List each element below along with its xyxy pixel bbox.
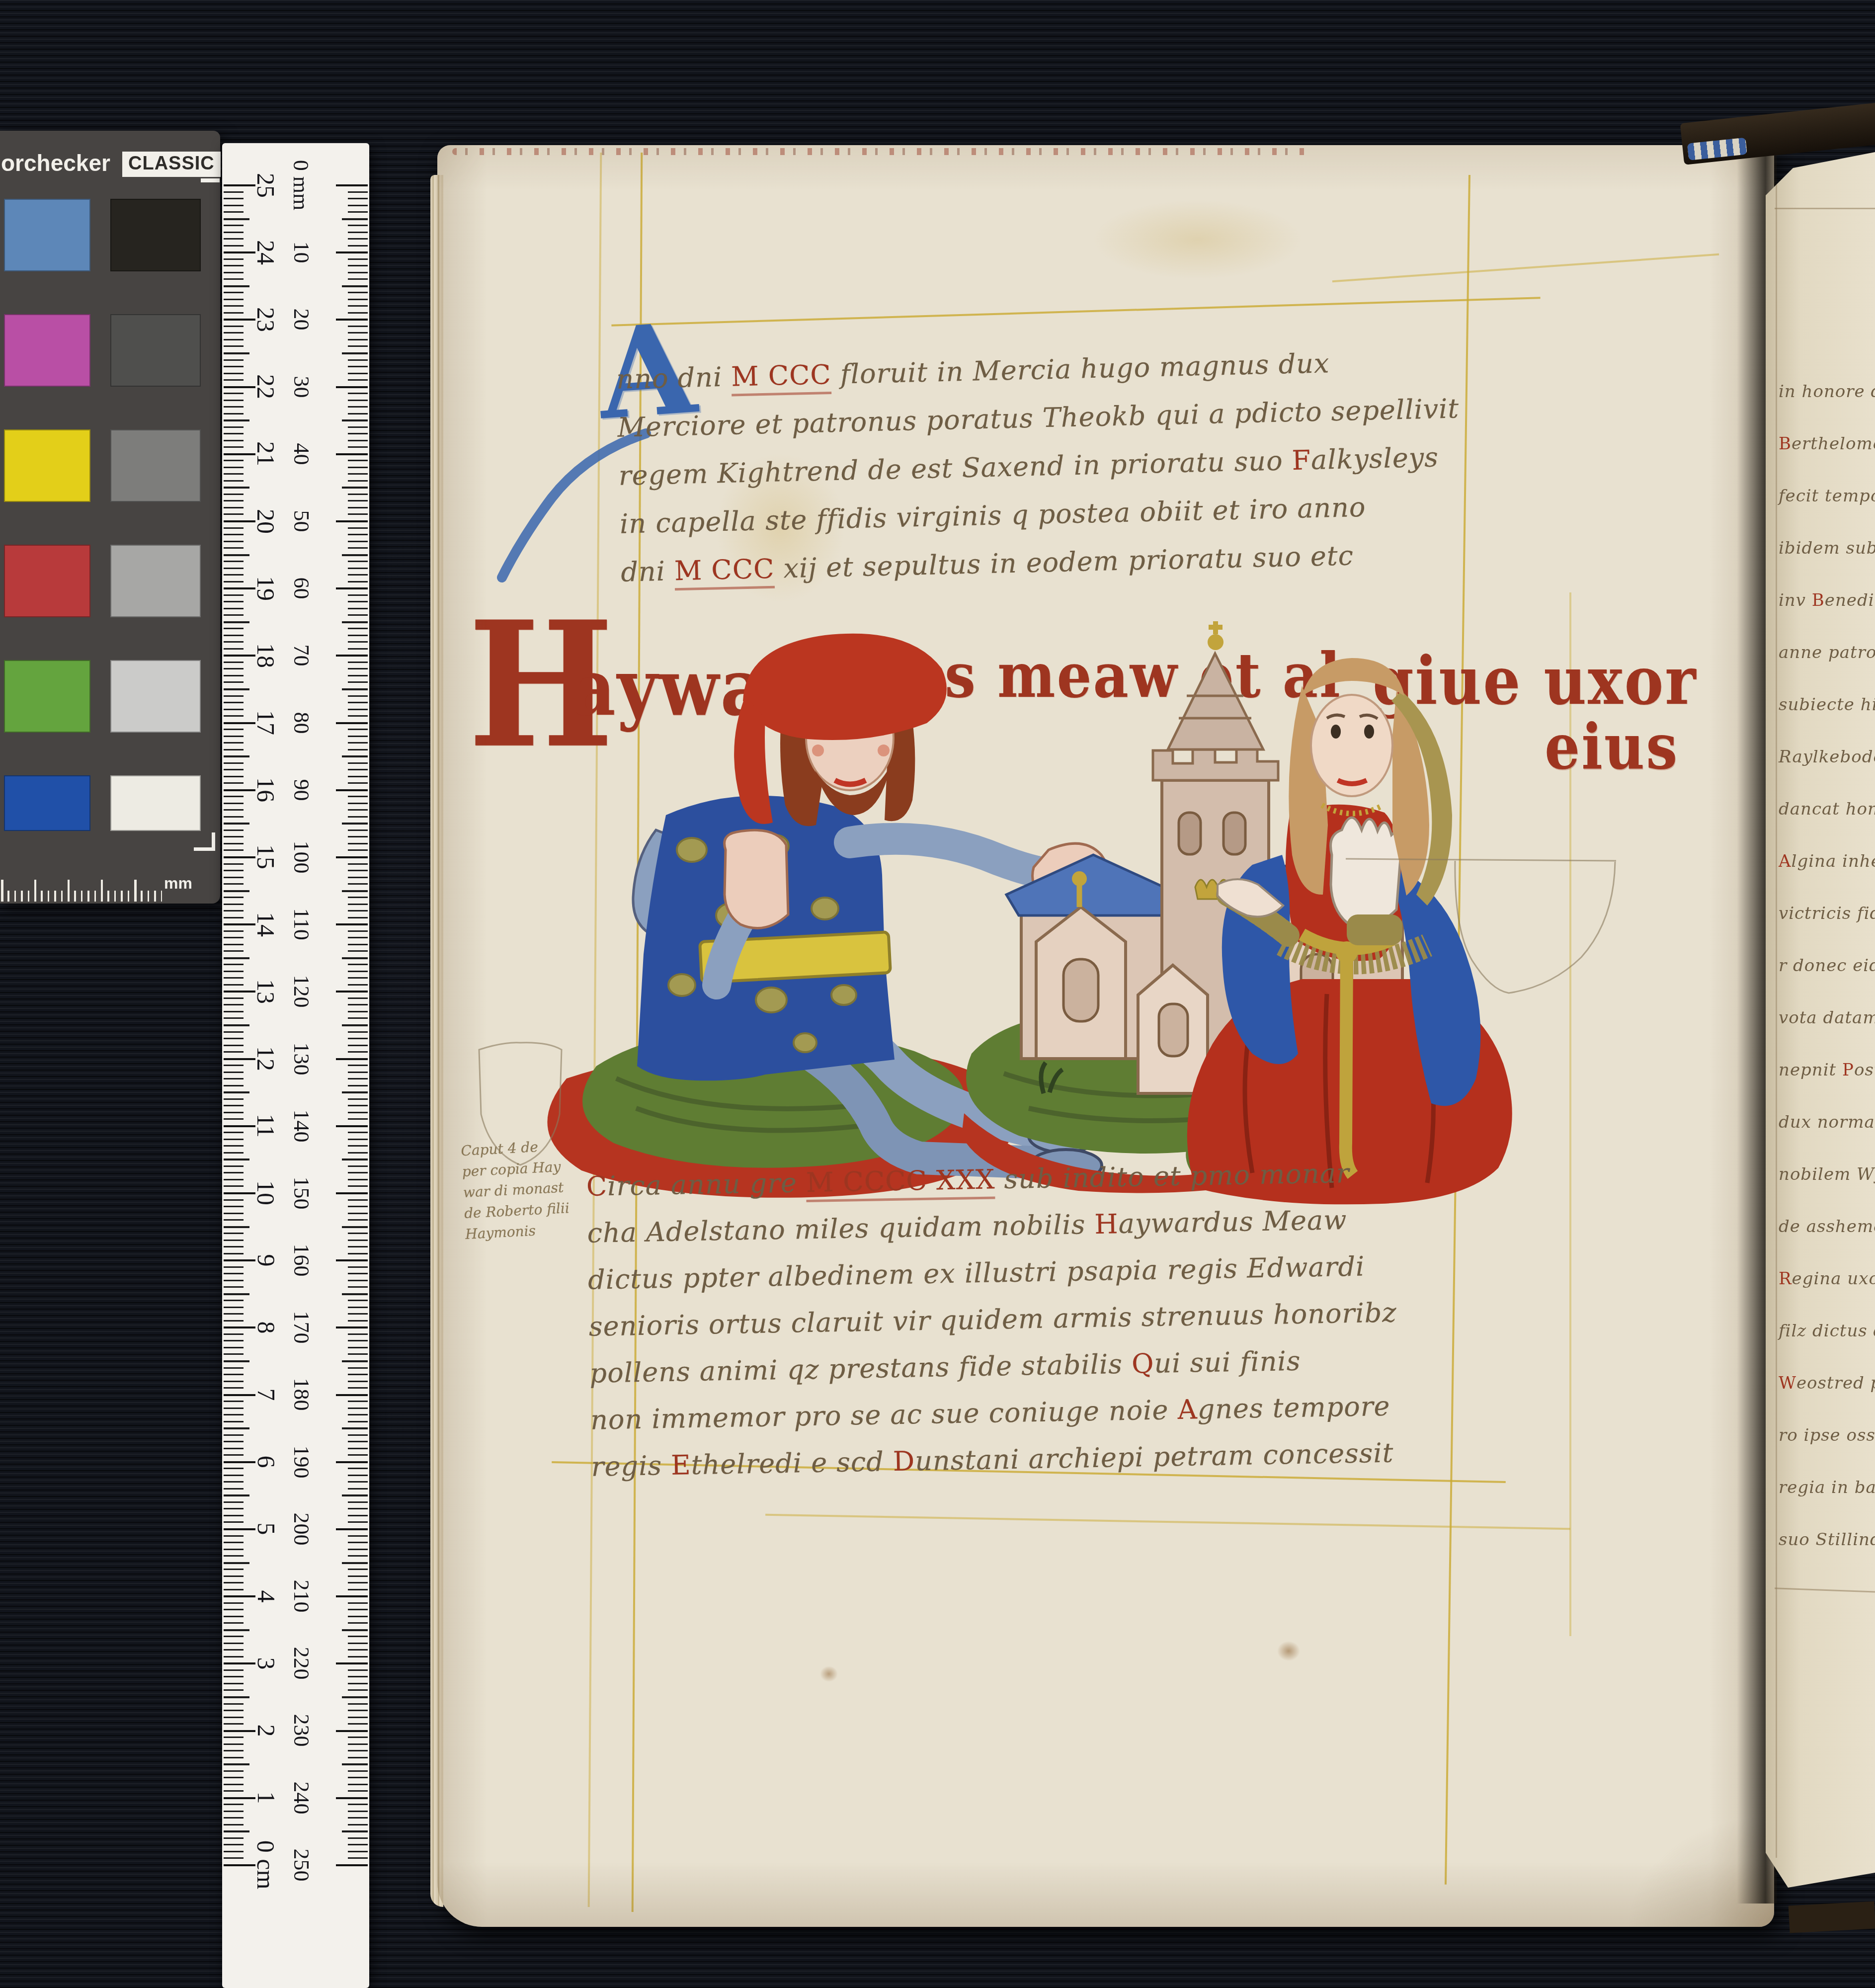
ruler-mm-label: 10 [285,219,318,286]
ruler-row: 22 30 [222,353,369,420]
colorchecker-badge: CLASSIC [122,152,221,177]
latin-text-line: dancat honorific [1779,799,1875,851]
ruler-mm-label: 30 [285,353,318,420]
parchment-stain [820,1666,838,1682]
ruler-cm-label: 2 [251,1697,281,1764]
ruler-row: 9 160 [222,1227,369,1294]
ruler-row: 18 70 [222,622,369,689]
ruled-line [611,297,1540,326]
ruler-mm-label: 240 [285,1764,318,1831]
ruler-mm-label: 90 [285,756,318,824]
ruler-row: 23 20 [222,286,369,353]
color-patch [110,775,201,831]
ruler-mm-label: 0 mm [285,152,318,219]
color-patch [4,314,90,387]
ruler-cm-label: 6 [251,1428,281,1495]
ruler-mm-label: 70 [285,622,318,689]
card-mini-scale [1,879,162,902]
photo-ruler: 25 0 mm 24 10 23 20 22 30 21 40 20 50 [222,143,369,1988]
ruler-row: 21 40 [222,420,369,488]
latin-text-line: subiecte hic acta [1779,695,1875,747]
ruler-cm-label: 0 cm [251,1831,281,1899]
ruler-mm-label: 50 [285,488,318,555]
ruled-line [1332,253,1719,282]
ruler-mm-label: 60 [285,555,318,622]
binding-endband [1687,138,1747,161]
color-patch-row [0,314,220,387]
page-crease [1776,178,1777,1858]
color-patch [4,545,90,617]
ruler-cm-label: 7 [251,1361,281,1428]
ruler-cm-label: 25 [251,152,281,219]
ruler-row: 16 90 [222,756,369,824]
page-top-edge-speckle [452,148,1307,155]
manuscript-left-page: A nno dni M CCC floruit in Mercia hugo m… [437,145,1774,1927]
ruler-cm-label: 3 [251,1630,281,1697]
ruler-row: 6 190 [222,1428,369,1495]
color-patch-row [0,199,220,271]
parchment-stain [1093,200,1302,279]
ruler-mm-label: 230 [285,1697,318,1764]
color-patch [110,314,201,387]
color-patch [110,429,201,502]
latin-text-line: filz dictus dmd G [1779,1321,1875,1373]
ruler-cm-label: 11 [251,1092,281,1160]
parchment-stain [1277,1641,1300,1661]
ruler-mm-label: 20 [285,286,318,353]
latin-text-line: anne patronus d [1779,643,1875,695]
margin-note: Caput 4 deper copia Haywar di monastde R… [461,1136,600,1247]
ruler-row: 11 140 [222,1092,369,1160]
ruler-mm-label: 150 [285,1160,318,1227]
color-patch-row [0,775,220,831]
cover-edge [1789,1902,1875,1933]
ruler-cm-label: 15 [251,824,281,891]
ruler-row: 3 220 [222,1630,369,1697]
ruler-cm-label: 18 [251,622,281,689]
ruler-cm-label: 21 [251,420,281,488]
latin-text-line: Raylkebodo miche [1779,747,1875,799]
ruler-cm-label: 8 [251,1294,281,1361]
ruler-row: 13 120 [222,958,369,1025]
latin-text-line: Algina inheredate [1779,851,1875,904]
ruler-cm-label: 16 [251,756,281,824]
ruler-cm-label: 20 [251,488,281,555]
latin-text-line: nepnit Postea ve [1779,1060,1875,1112]
ruler-cm-label: 5 [251,1495,281,1563]
latin-text-line: fecit tempore et p [1779,486,1875,538]
ruler-row: 8 170 [222,1294,369,1361]
ruler-cm-label: 13 [251,958,281,1025]
binding-edge [1680,102,1875,165]
ruled-line [1775,1587,1875,1592]
ruler-row: 15 100 [222,824,369,891]
ruler-cm-label: 14 [251,891,281,958]
fabric-background: orchecker CLASSIC [0,0,1875,1988]
ruler-row: 5 200 [222,1495,369,1563]
ruler-row: 20 50 [222,488,369,555]
ruler-cm-label: 17 [251,689,281,756]
ruler-row: 0 cm 250 [222,1831,369,1899]
ruler-mm-label: 140 [285,1092,318,1160]
colorchecker-card: orchecker CLASSIC [0,131,220,904]
ruler-mm-label: 250 [285,1831,318,1899]
card-mm-label: mm [164,874,192,893]
ruler-cm-label: 19 [251,555,281,622]
color-patch [4,429,90,502]
latin-text-line: victricis fidei q [1779,904,1875,956]
ruler-row: 1 240 [222,1764,369,1831]
latin-text-line: ibidem sub abbe [1779,538,1875,590]
latin-text-line: Berthelomei in s [1779,434,1875,486]
ruler-cm-label: 4 [251,1563,281,1630]
ruler-row: 2 230 [222,1697,369,1764]
shield-outline [1342,845,1625,999]
ruler-row: 17 80 [222,689,369,756]
latin-text-line: Regina uxor conc [1779,1269,1875,1321]
ruler-mm-label: 170 [285,1294,318,1361]
ruler-cm-label: 22 [251,353,281,420]
latin-text-line: inv Benedicti reg [1779,590,1875,643]
ruler-cm-label: 9 [251,1227,281,1294]
latin-text-line: regia in bassatro [1779,1478,1875,1530]
ruler-row: 25 0 mm [222,152,369,219]
colorchecker-title: orchecker [1,150,110,176]
latin-text-line: vota datam ab [1779,1008,1875,1060]
ruler-mm-label: 80 [285,689,318,756]
ruler-cm-label: 24 [251,219,281,286]
ruler-mm-label: 120 [285,958,318,1025]
ruler-mm-label: 180 [285,1361,318,1428]
latin-text-line: r donec eid im [1779,956,1875,1008]
ruler-mm-label: 110 [285,891,318,958]
ruler-cm-label: 12 [251,1025,281,1092]
ruler-mm-label: 220 [285,1630,318,1697]
latin-text-line: dux normannie a [1779,1112,1875,1164]
card-corner-mark [194,832,215,851]
color-patch-row [0,429,220,502]
ruler-cm-label: 10 [251,1160,281,1227]
color-patch-row [0,660,220,733]
latin-text-line: nobilem Wyn atq i [1779,1164,1875,1217]
manuscript-right-page: in honore dei e dBerthelomei in sfecit t… [1766,148,1875,1898]
ruler-cm-label: 23 [251,286,281,353]
latin-text-line: suo Stillind cong [1779,1530,1875,1582]
color-patch [110,545,201,617]
ruler-row: 4 210 [222,1563,369,1630]
latin-text-line: ro ipse osset in the [1779,1425,1875,1478]
color-patch [4,775,90,831]
color-patch-row [0,545,220,617]
latin-text-block-2: Circa annu gre M CCCC XXX sub indito et … [586,1155,1486,1497]
ruler-mm-label: 190 [285,1428,318,1495]
ruled-line [1775,208,1875,209]
ruler-row: 12 130 [222,1025,369,1092]
color-patch [110,199,201,271]
colorchecker-trim-mark [201,178,220,182]
color-patch-grid [0,199,220,874]
ruler-cm-label: 1 [251,1764,281,1831]
latin-text-line: Weostred profi de [1779,1373,1875,1425]
color-patch [110,660,201,733]
ruler-mm-label: 40 [285,420,318,488]
latin-text-block-1: nno dni M CCC floruit in Mercia hugo mag… [616,344,1486,604]
latin-text-line: de asshemerwilla in [1779,1217,1875,1269]
color-patch [4,199,90,271]
ruler-row: 19 60 [222,555,369,622]
ruler-mm-label: 130 [285,1025,318,1092]
ruler-row: 14 110 [222,891,369,958]
ruler-mm-label: 160 [285,1227,318,1294]
ruler-row: 10 150 [222,1160,369,1227]
right-page-text: in honore dei e dBerthelomei in sfecit t… [1779,382,1875,1582]
ruler-mm-label: 210 [285,1563,318,1630]
ruler-mm-label: 100 [285,824,318,891]
latin-text-line: in honore dei e d [1779,382,1875,434]
color-patch [4,660,90,733]
ruler-mm-label: 200 [285,1495,318,1563]
ruler-row: 7 180 [222,1361,369,1428]
ruler-row: 24 10 [222,219,369,286]
